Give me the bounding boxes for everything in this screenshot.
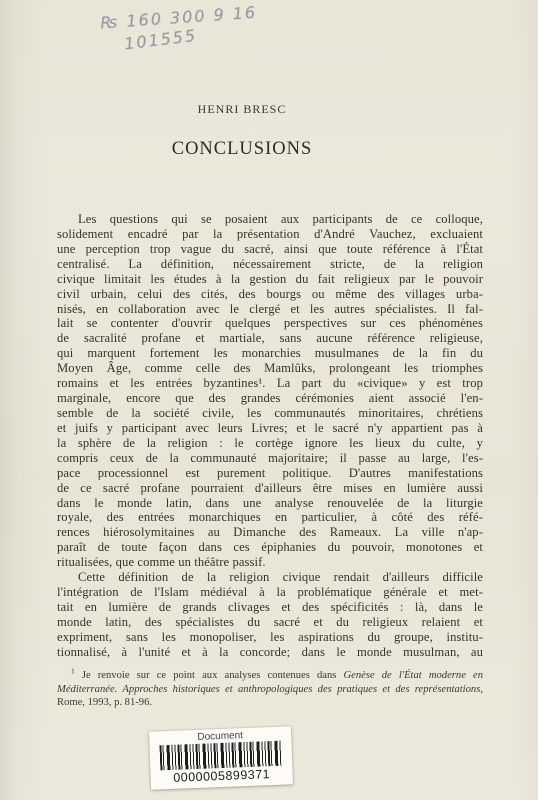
- body-text-line: une perception trop vague du sacré, ains…: [57, 242, 483, 257]
- body-text-line: la sphère de la religion : le cortège ig…: [57, 436, 483, 451]
- body-text: Les questions qui se posaient aux partic…: [57, 212, 483, 660]
- body-text-line: dans le monde latin, dans une analyse re…: [57, 496, 483, 511]
- body-text-line: monde latin, des spécialistes du sacré e…: [57, 615, 483, 630]
- body-text-line: lait se contenter d'ouvrir quelques pers…: [57, 316, 483, 331]
- body-text-line: civil urbain, celui des cités, des bourg…: [57, 287, 483, 302]
- body-text-line: qui marquent fortement les monarchies mu…: [57, 346, 483, 361]
- body-text-line: compris ceux de la communauté majoritair…: [57, 451, 483, 466]
- body-text-line: tionnalisé, à l'unité et à la concorde; …: [57, 645, 483, 660]
- body-text-line: et juifs y participant avec leurs Livres…: [57, 421, 483, 436]
- body-text-line: marginale, encore que des grandes cérémo…: [57, 391, 483, 406]
- author-name: HENRI BRESC: [0, 102, 484, 117]
- body-text-line: centralisé. La définition, nécessairemen…: [57, 257, 483, 272]
- body-text-line: semble de la société civile, les communa…: [57, 406, 483, 421]
- body-text-line: rences hiérosolymitaines au Dimanche des…: [57, 525, 483, 540]
- scanned-book-page: ₨ 160 300 9 16 101555 HENRI BRESC CONCLU…: [0, 0, 538, 800]
- body-text-line: de sacralité profane et martiale, sans a…: [57, 331, 483, 346]
- footnote: 1 Je renvoie sur ce point aux analyses c…: [57, 669, 483, 710]
- body-text-line: Moyen Âge, comme celle des Mamlûks, prol…: [57, 361, 483, 376]
- body-text-line: l'intégration de l'Islam médiéval à la p…: [57, 585, 483, 600]
- body-text-line: pace processionnel est purement politiqu…: [57, 466, 483, 481]
- body-text-line: nisés, en collaboration avec le clergé e…: [57, 302, 483, 317]
- body-text-line: tait en lumière de grands clivages et de…: [57, 600, 483, 615]
- page-title: CONCLUSIONS: [0, 139, 484, 160]
- body-text-line: paraît de toute façon dans ces épiphanie…: [57, 540, 483, 555]
- paragraph-1: Les questions qui se posaient aux partic…: [57, 212, 483, 555]
- body-text-line: civique limitait les études à la gestion…: [57, 272, 483, 287]
- library-barcode-sticker: Document 0000005899371: [149, 726, 293, 789]
- body-text-line: expriment, sans les monopoliser, les asp…: [57, 630, 483, 645]
- body-text-line: romains et les entrées byzantines¹. La p…: [57, 376, 483, 391]
- body-text-line: royale, des entrées monarchiques en part…: [57, 510, 483, 525]
- body-text-line: Les questions qui se posaient aux partic…: [57, 212, 483, 227]
- paragraph-1-last-line: ritualisées, que comme un théâtre passif…: [57, 555, 483, 570]
- body-text-line: solidement encadré par la présentation d…: [57, 227, 483, 242]
- body-text-line: de ce sacré profane pourraient d'ailleur…: [57, 481, 483, 496]
- body-text-line: Cette définition de la religion civique …: [57, 570, 483, 585]
- paragraph-2: Cette définition de la religion civique …: [57, 570, 483, 660]
- footnote-text-start: Je renvoie sur ce point aux analyses con…: [75, 670, 344, 681]
